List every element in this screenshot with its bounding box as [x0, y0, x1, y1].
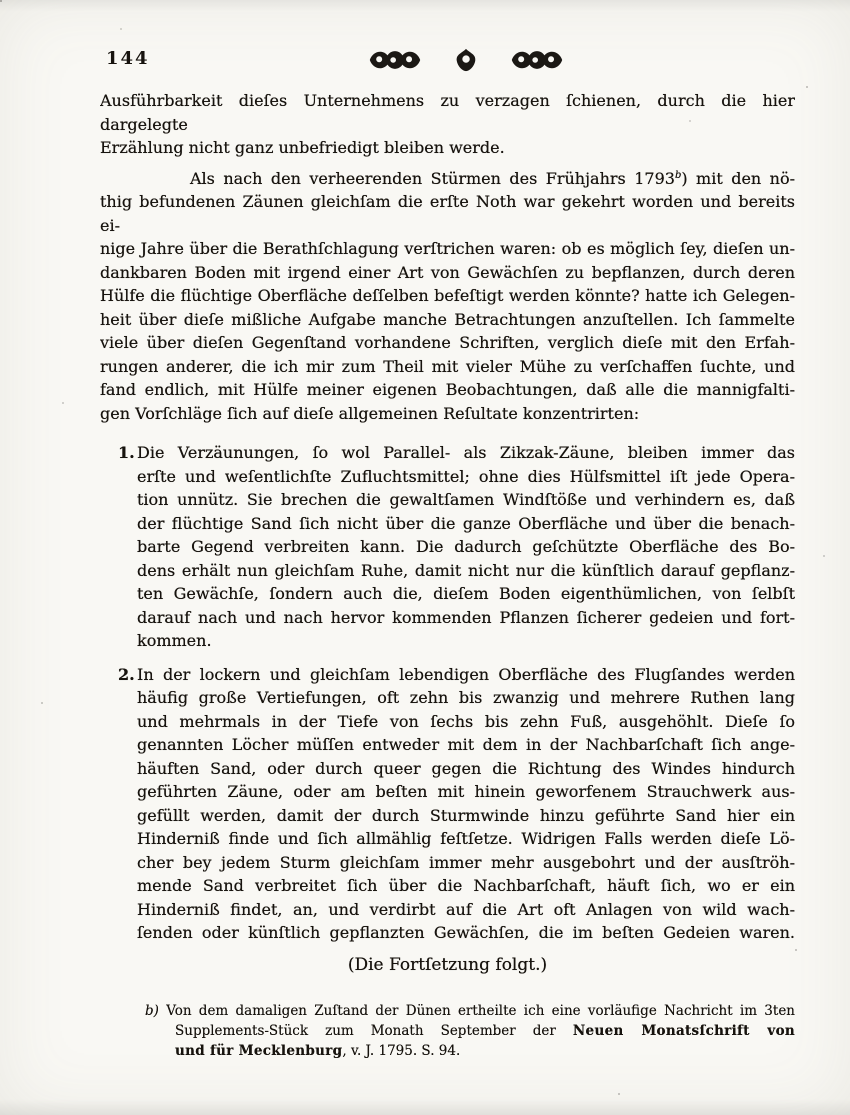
header-ornaments	[367, 47, 565, 73]
item-lines: In der lockern und gleichſam lebendigen …	[137, 663, 795, 945]
page-number: 144	[106, 48, 150, 69]
fleuron-left-icon	[367, 47, 423, 73]
text-line: Erzählung nicht ganz unbefriedigt bleibe…	[100, 136, 795, 160]
text-line: Hinderniß findet, an, und verdirbt auf d…	[137, 898, 795, 922]
text-line: ten Gewächſe, ſondern auch die, dieſem B…	[137, 582, 795, 606]
footnote-marker: b)	[145, 1003, 159, 1019]
journal-title-segment: Neuen Monatsſchrift von	[573, 1023, 795, 1039]
text-line: mende Sand verbreitet ſich über die Nach…	[137, 874, 795, 898]
text-line: erſte und weſentlichſte Zufluchtsmittel;…	[137, 465, 795, 489]
footnote-line: b) Von dem damaligen Zuſtand der Dünen e…	[145, 1001, 795, 1021]
text-line: cher bey jedem Sturm gleichſam immer meh…	[137, 851, 795, 875]
text-line: häuften Sand, oder durch queer gegen die…	[137, 757, 795, 781]
footnote: b) Von dem damaligen Zuſtand der Dünen e…	[145, 1001, 795, 1061]
text-line: Die Verzäunungen, ſo wol Parallel- als Z…	[137, 441, 795, 465]
text-segment: Supplements-Stück zum Monath September d…	[175, 1023, 573, 1039]
text-line: thig befundenen Zäunen gleichſam die erſ…	[100, 190, 795, 237]
text-line: tion unnütz. Sie brechen die gewaltſamen…	[137, 488, 795, 512]
fleuron-right-icon	[509, 47, 565, 73]
text-line: gen Vorſchläge ſich auf dieſe allgemeine…	[100, 402, 795, 426]
text-line: gefüllt werden, damit der durch Sturmwin…	[137, 804, 795, 828]
item-number: 2.	[118, 663, 135, 687]
text-line: und mehrmals in der Tiefe von ſechs bis …	[137, 710, 795, 734]
text-line: kommen.	[137, 629, 795, 653]
text-line: heit über dieſe mißliche Aufgabe manche …	[100, 308, 795, 332]
item-number: 1.	[118, 441, 135, 465]
text-line: genannten Löcher müſſen entweder mit dem…	[137, 733, 795, 757]
text-line: nige Jahre über die Berathſchlagung verſ…	[100, 237, 795, 261]
item-lines: Die Verzäunungen, ſo wol Parallel- als Z…	[137, 441, 795, 653]
text-segment: ) mit den nö-	[681, 169, 795, 188]
text-line: darauf nach und nach hervor kommenden Pf…	[137, 606, 795, 630]
text-line: Als nach den verheerenden Stürmen des Fr…	[100, 164, 795, 191]
text-segment: Von dem damaligen Zuſtand der Dünen erth…	[166, 1003, 795, 1019]
numbered-item-2: 2. In der lockern und gleichſam lebendig…	[100, 663, 795, 945]
footnote-line: Supplements-Stück zum Monath September d…	[175, 1021, 795, 1041]
page-content: 144 Ausführbarkeit dieſes Unternehmens z…	[100, 0, 795, 1061]
page-header: 144	[100, 45, 795, 79]
fleuron-center-icon	[453, 48, 479, 72]
text-line: viele über dieſen Gegenſtand vorhandene …	[100, 331, 795, 355]
text-line: häufig große Vertiefungen, oft zehn bis …	[137, 686, 795, 710]
numbered-item-1: 1. Die Verzäunungen, ſo wol Parallel- al…	[100, 441, 795, 653]
paragraph-main: Als nach den verheerenden Stürmen des Fr…	[100, 164, 795, 426]
text-line: geführten Zäune, oder am beſten mit hine…	[137, 780, 795, 804]
text-line: barte Gegend verbreiten kann. Die dadurc…	[137, 535, 795, 559]
text-line: Ausführbarkeit dieſes Unternehmens zu ve…	[100, 89, 795, 136]
footnote-line: und für Mecklenburg, v. J. 1795. S. 94.	[175, 1041, 795, 1061]
journal-title-segment: und für Mecklenburg	[175, 1043, 342, 1059]
text-line: ſenden oder künſtlich gepflanzten Gewäch…	[137, 921, 795, 945]
text-line: der flüchtige Sand ſich nicht über die g…	[137, 512, 795, 536]
text-segment: Als nach den verheerenden Stürmen des Fr…	[190, 169, 675, 188]
scanned-book-page: 144 Ausführbarkeit dieſes Unternehmens z…	[0, 0, 850, 1115]
paragraph-lines: thig befundenen Zäunen gleichſam die erſ…	[100, 190, 795, 425]
paragraph-continuation: Ausführbarkeit dieſes Unternehmens zu ve…	[100, 89, 795, 160]
text-segment: , v. J. 1795. S. 94.	[342, 1043, 460, 1059]
text-line: dankbaren Boden mit irgend einer Art von…	[100, 261, 795, 285]
text-line: fand endlich, mit Hülfe meiner eigenen B…	[100, 378, 795, 402]
text-line: Hinderniß finde und ſich allmählig feſtſ…	[137, 827, 795, 851]
text-line: rungen anderer, die ich mir zum Theil mi…	[100, 355, 795, 379]
text-line: In der lockern und gleichſam lebendigen …	[137, 663, 795, 687]
text-line: Hülfe die flüchtige Oberfläche deſſelben…	[100, 284, 795, 308]
text-line: dens erhält nun gleichſam Ruhe, damit ni…	[137, 559, 795, 583]
continuation-note: (Die Fortſetzung folgt.)	[100, 954, 795, 978]
